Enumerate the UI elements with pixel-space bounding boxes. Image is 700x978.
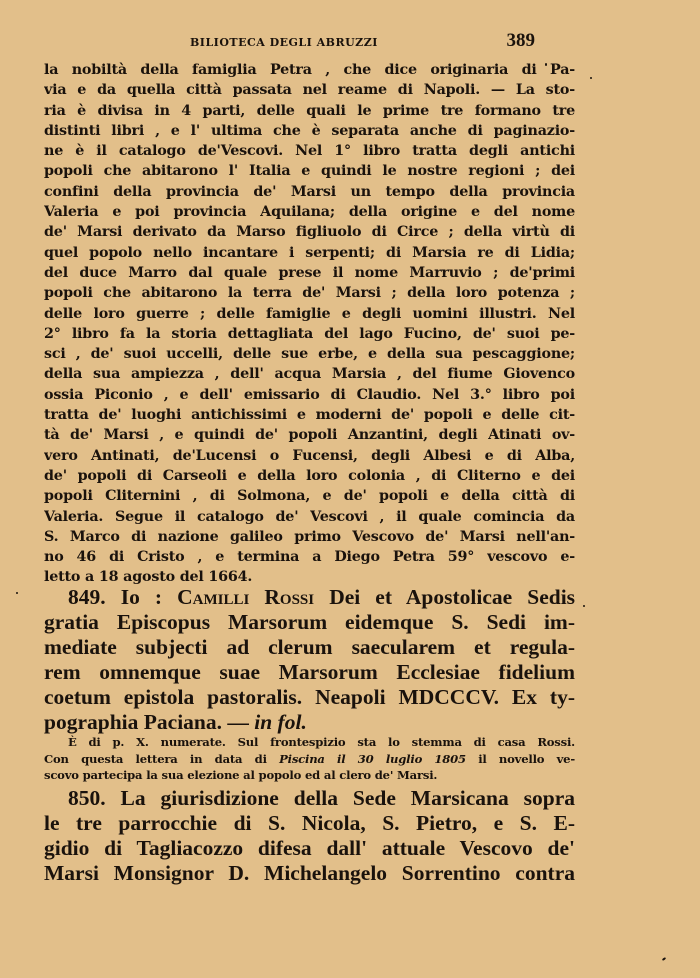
text-line: delle loro guerre ; delle famiglie e deg… <box>44 304 575 324</box>
text-line: della sua ampiezza , dell' acqua Marsia … <box>44 364 575 384</box>
running-title: BILIOTECA DEGLI ABRUZZI <box>190 36 378 49</box>
note-text: Con questa lettera in data di <box>44 752 267 766</box>
text-line: pographia Paciana. — in fol. <box>44 710 575 735</box>
text-line: 2° libro fa la storia dettagliata del la… <box>44 324 575 344</box>
entry-849-heading: 849. Io : Camilli Rossi Dei et Apostolic… <box>44 585 575 610</box>
entry-850: 850. La giurisdizione della Sede Marsica… <box>44 786 575 886</box>
text-line: sci , de' suoi uccelli, delle sue erbe, … <box>44 344 575 364</box>
text-line: ossia Piconio , e dell' emissario di Cla… <box>44 385 575 405</box>
text-line: de' popoli di Carseoli e della loro colo… <box>44 466 575 486</box>
text-line: gratia Episcopus Marsorum eidemque S. Se… <box>44 610 575 635</box>
note-text: il novello ve- <box>478 752 575 766</box>
format: in fol. <box>254 710 307 734</box>
text-line: distinti libri , e l' ultima che è separ… <box>44 121 575 141</box>
note-date-place: Piscina il 30 luglio 1805 <box>279 752 466 766</box>
text-line: tà de' Marsi , e quindi de' popoli Anzan… <box>44 425 575 445</box>
text-line: ne è il catalogo de'Vescovi. Nel 1° libr… <box>44 141 575 161</box>
ink-speck <box>16 592 18 594</box>
entry-number: 850. <box>68 786 106 810</box>
text-line: quel popolo nello incantare i serpenti; … <box>44 243 575 263</box>
text-line: rem omnemque suae Marsorum Ecclesiae fid… <box>44 660 575 685</box>
text-line: S. Marco di nazione galileo primo Vescov… <box>44 527 575 547</box>
text-line: popoli che abitarono la terra de' Marsi … <box>44 283 575 303</box>
page-header: BILIOTECA DEGLI ABRUZZI 389 <box>190 30 535 54</box>
author-name: Camilli Rossi <box>177 585 314 609</box>
page-number: 389 <box>507 30 536 52</box>
text-line: ria è divisa in 4 parti, delle quali le … <box>44 101 575 121</box>
text-line: Marsi Monsignor D. Michelangelo Sorrenti… <box>44 861 575 886</box>
title-start: Dei et Apostolicae Sedis <box>329 585 575 609</box>
ink-speck <box>662 957 666 961</box>
note-line: scovo partecipa la sua elezione al popol… <box>44 767 575 784</box>
text-line: coetum epistola pastoralis. Neapoli MDCC… <box>44 685 575 710</box>
entry-849: 849. Io : Camilli Rossi Dei et Apostolic… <box>44 585 575 735</box>
text-line: via e da quella città passata nel reame … <box>44 80 575 100</box>
text-line: confini della provincia de' Marsi un tem… <box>44 182 575 202</box>
note-line: Con questa lettera in data di Piscina il… <box>44 751 575 768</box>
entry-850-heading: 850. La giurisdizione della Sede Marsica… <box>44 786 575 811</box>
entry-number: 849. <box>68 585 106 609</box>
book-page: BILIOTECA DEGLI ABRUZZI 389 la nobiltà d… <box>0 0 700 978</box>
text-line: popoli Cliternini , di Solmona, e de' po… <box>44 486 575 506</box>
text-line: no 46 di Cristo , e termina a Diego Petr… <box>44 547 575 567</box>
text-line: mediate subjecti ad clerum saecularem et… <box>44 635 575 660</box>
text-line: de' Marsi derivato da Marso figliuolo di… <box>44 222 575 242</box>
entry-prefix: Io : <box>121 585 162 609</box>
text-line: le tre parrocchie di S. Nicola, S. Pietr… <box>44 811 575 836</box>
note-line: È di p. X. numerate. Sul frontespizio st… <box>44 734 575 751</box>
text-line: popoli che abitarono l' Italia e quindi … <box>44 161 575 181</box>
entry-849-note: È di p. X. numerate. Sul frontespizio st… <box>44 734 575 784</box>
text-line: del duce Marro dal quale prese il nome M… <box>44 263 575 283</box>
text-line: gidio di Tagliacozzo difesa dall' attual… <box>44 836 575 861</box>
ink-speck <box>583 605 585 607</box>
text-line: vero Antinati, de'Lucensi o Fucensi, deg… <box>44 446 575 466</box>
text-line: Valeria. Segue il catalogo de' Vescovi ,… <box>44 507 575 527</box>
ink-speck <box>545 63 547 66</box>
text-line: la nobiltà della famiglia Petra , che di… <box>44 60 575 80</box>
title-start: La giurisdizione della Sede Marsicana so… <box>121 786 575 810</box>
imprint-text: pographia Paciana. — <box>44 710 249 734</box>
text-line: tratta de' luoghi antichissimi e moderni… <box>44 405 575 425</box>
ink-speck <box>590 77 592 79</box>
continued-entry-text: la nobiltà della famiglia Petra , che di… <box>44 60 575 588</box>
text-line: Valeria e poi provincia Aquilana; della … <box>44 202 575 222</box>
